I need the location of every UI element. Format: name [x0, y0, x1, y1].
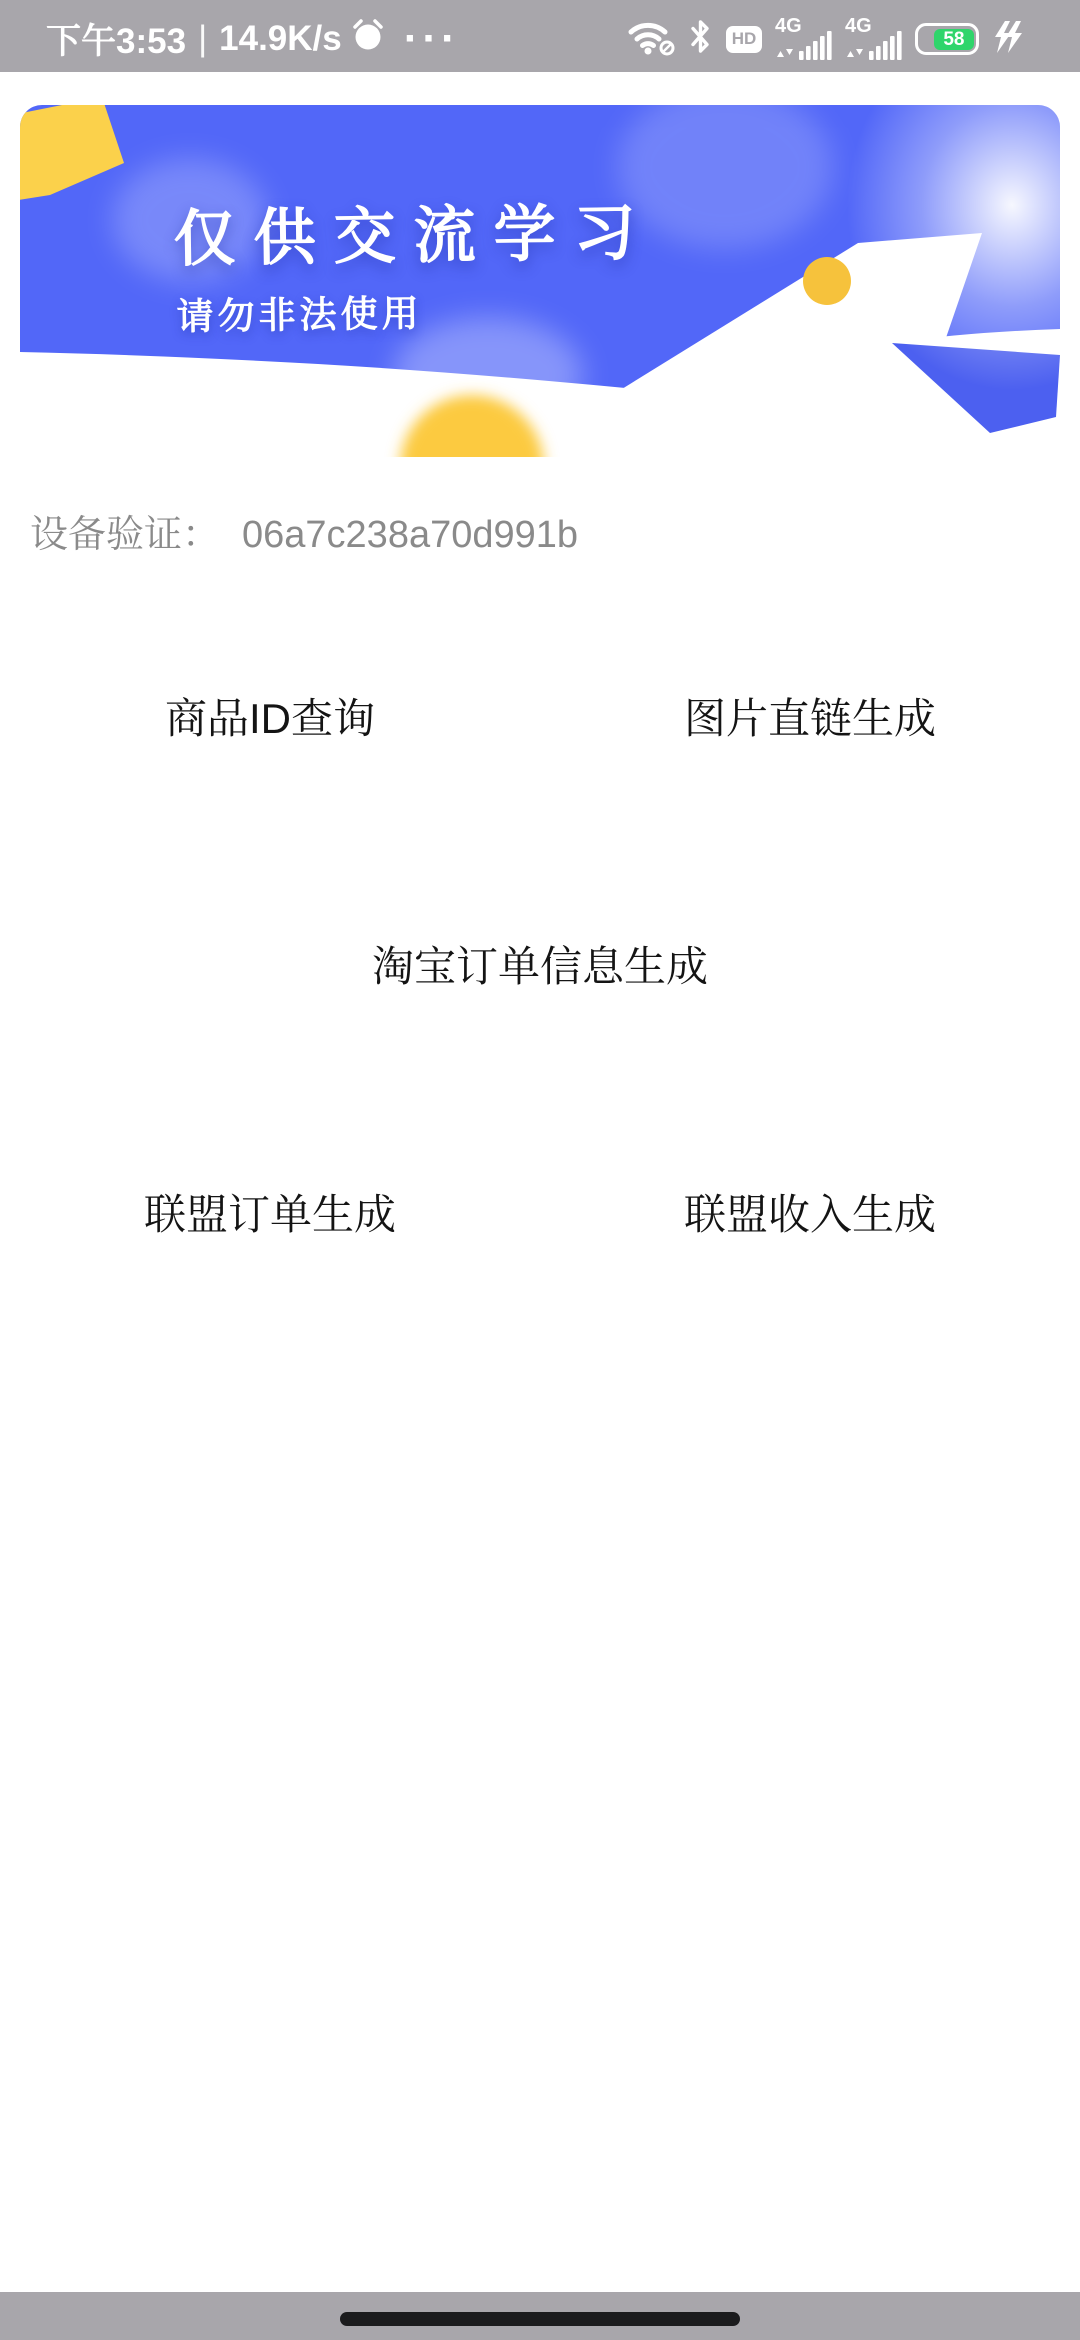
status-time: 下午3:53	[46, 14, 186, 64]
banner-subtitle: 请勿非法使用	[176, 292, 655, 338]
alliance-income-gen-button[interactable]: 联盟收入生成	[684, 1190, 936, 1240]
action-row-3: 联盟订单生成 联盟收入生成	[0, 1190, 1080, 1240]
product-id-query-button[interactable]: 商品ID查询	[165, 694, 375, 744]
hd-volte-badge: HD	[726, 26, 762, 53]
image-direct-link-gen-button[interactable]: 图片直链生成	[684, 694, 936, 744]
charging-bolt-icon	[992, 20, 1028, 59]
alarm-icon	[351, 18, 385, 61]
battery-level: 58	[934, 29, 973, 50]
status-divider: |	[198, 19, 207, 59]
device-verification-row: 设备验证： 06a7c238a70d991b	[30, 512, 578, 558]
signal-sim2-icon: 4G	[845, 16, 902, 62]
alliance-order-gen-button[interactable]: 联盟订单生成	[144, 1190, 396, 1240]
wifi-icon	[628, 18, 675, 61]
banner-title: 仅供交流学习	[173, 202, 654, 272]
network-type-sim2: 4G	[845, 16, 872, 36]
bluetooth-icon	[688, 18, 713, 60]
banner-card: 仅供交流学习 请勿非法使用	[20, 105, 1060, 457]
taobao-order-info-gen-button[interactable]: 淘宝订单信息生成	[372, 942, 708, 992]
status-bar: 下午3:53 | 14.9K/s ···	[0, 0, 1080, 72]
battery-indicator: 58	[915, 23, 979, 55]
network-type-sim1: 4G	[775, 16, 802, 36]
action-row-1: 商品ID查询 图片直链生成	[0, 694, 1080, 744]
network-speed: 14.9K/s	[219, 19, 342, 59]
home-indicator[interactable]	[340, 2312, 740, 2326]
banner-text: 仅供交流学习 请勿非法使用	[173, 202, 655, 338]
signal-sim1-icon: 4G	[775, 16, 832, 62]
action-row-2: 淘宝订单信息生成	[0, 942, 1080, 992]
device-verification-value: 06a7c238a70d991b	[242, 512, 578, 558]
gesture-nav-bar	[0, 2292, 1080, 2340]
device-verification-label: 设备验证：	[30, 512, 220, 558]
